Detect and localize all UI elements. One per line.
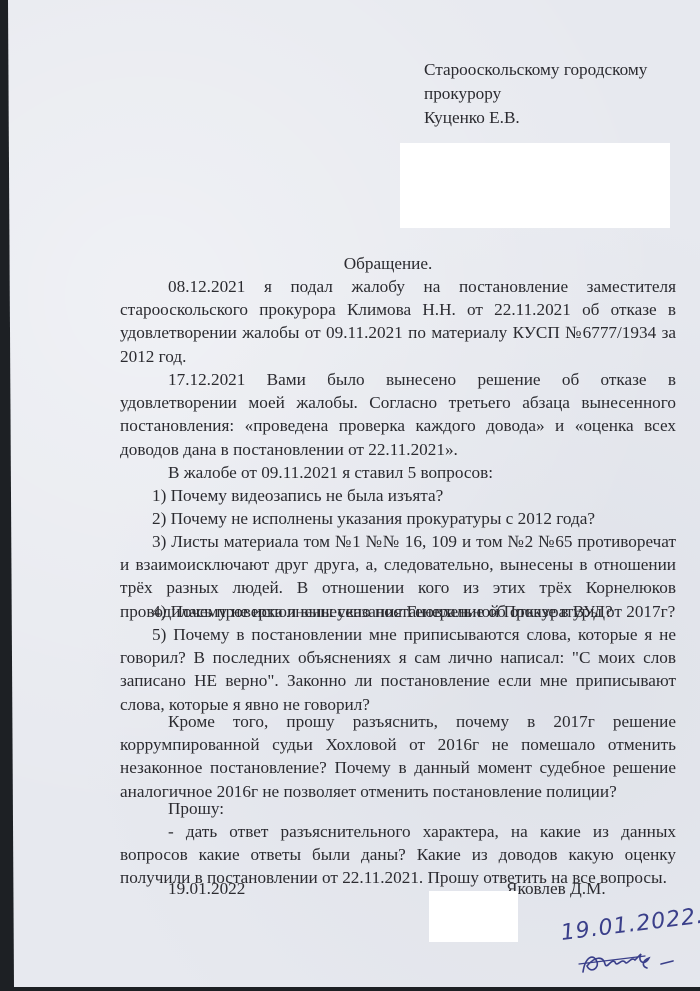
- addressee-line-office: Старооскольскому городскому: [424, 58, 694, 82]
- handwritten-signature-icon: [575, 948, 685, 978]
- paragraph-additional-request: Кроме того, прошу разъяснить, почему в 2…: [120, 710, 676, 803]
- body-paragraph-3: В жалобе от 09.11.2021 я ставил 5 вопрос…: [120, 461, 676, 484]
- request-label: Прошу:: [120, 797, 676, 820]
- question-2: 2) Почему не исполнены указания прокурат…: [120, 507, 676, 530]
- scanner-bottom-edge: [0, 987, 700, 991]
- paragraph-questions-intro: В жалобе от 09.11.2021 я ставил 5 вопрос…: [120, 461, 676, 484]
- document-date: 19.01.2022: [168, 877, 245, 900]
- body-paragraph-4: Кроме того, прошу разъяснить, почему в 2…: [120, 710, 676, 803]
- document-title: Обращение.: [8, 252, 700, 275]
- question-1-block: 1) Почему видеозапись не была изъята?: [120, 484, 676, 507]
- handwritten-date: 19.01.2022.: [559, 904, 700, 946]
- addressee-line-title: прокурору: [424, 82, 694, 106]
- body-paragraph-1: 08.12.2021 я подал жалобу на постановлен…: [120, 275, 676, 368]
- request-label-block: Прошу:: [120, 797, 676, 820]
- question-5-block: 5) Почему в постановлении мне приписываю…: [120, 623, 676, 716]
- body-paragraph-2: 17.12.2021 Вами было вынесено решение об…: [120, 368, 676, 461]
- question-2-block: 2) Почему не исполнены указания прокурат…: [120, 507, 676, 530]
- signatory-name: Яковлев Д.М.: [506, 877, 606, 900]
- addressee-block: Старооскольскому городскому прокурору Ку…: [424, 58, 694, 130]
- redacted-sender-block: [400, 143, 670, 228]
- addressee-line-name: Куценко Е.В.: [424, 106, 694, 130]
- question-4-block: 4) Почему не исполнены указания Генераль…: [120, 600, 676, 623]
- redacted-signature-block: [429, 891, 518, 942]
- document-page: Старооскольскому городскому прокурору Ку…: [8, 0, 700, 987]
- question-5: 5) Почему в постановлении мне приписываю…: [120, 623, 676, 716]
- question-4: 4) Почему не исполнены указания Генераль…: [120, 600, 676, 623]
- paragraph-complaint-filed: 08.12.2021 я подал жалобу на постановлен…: [120, 275, 676, 368]
- question-1: 1) Почему видеозапись не была изъята?: [120, 484, 676, 507]
- paragraph-decision: 17.12.2021 Вами было вынесено решение об…: [120, 368, 676, 461]
